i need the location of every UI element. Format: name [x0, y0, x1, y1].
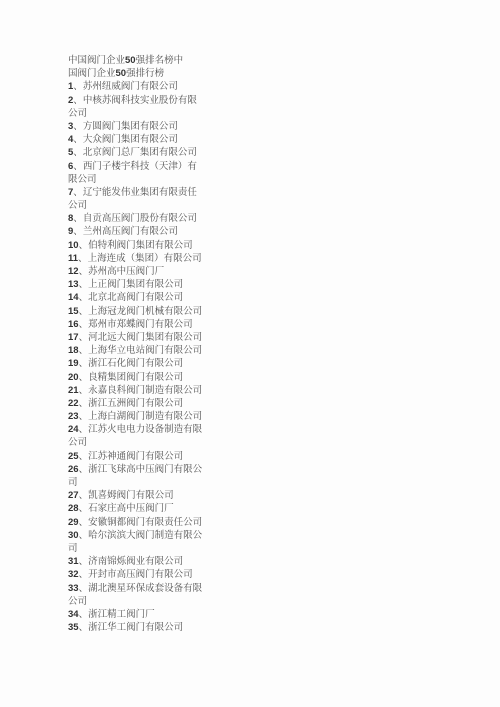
entry-rank-number: 34 — [68, 609, 79, 620]
ranking-entry: 31、济南锦烁阀业有限公司 — [68, 555, 202, 568]
entry-company-name: 方圆阀门集团有限公司 — [83, 121, 178, 132]
ranking-entry: 9、兰州高压阀门有限公司 — [68, 225, 202, 238]
title-text-segment: 中国阀门企业 — [68, 55, 125, 66]
ranking-entry-line: 33、湖北澳星环保成套设备有限 — [68, 582, 202, 595]
entry-company-name: 浙江华工阀门有限公司 — [88, 622, 183, 633]
entry-rank-number: 14 — [68, 292, 79, 303]
ranking-entry: 12、苏州高中压阀门厂 — [68, 265, 202, 278]
entry-rank-number: 35 — [68, 622, 79, 633]
entry-company-name: 浙江石化阀门有限公司 — [88, 358, 183, 369]
entry-company-name: 河北远大阀门集团有限公司 — [88, 332, 202, 343]
title-text-segment: 强排行榜 — [126, 68, 164, 79]
ranking-entry: 30、哈尔滨滨大阀门制造有限公司 — [68, 529, 202, 555]
entry-separator: 、 — [79, 306, 89, 317]
ranking-entry: 35、浙江华工阀门有限公司 — [68, 621, 202, 634]
entry-separator: 、 — [79, 490, 89, 501]
entry-separator: 、 — [79, 319, 89, 330]
ranking-entry-line: 10、伯特利阀门集团有限公司 — [68, 239, 202, 252]
ranking-entry: 13、上正阀门集团有限公司 — [68, 278, 202, 291]
ranking-entry: 14、北京北高阀门有限公司 — [68, 291, 202, 304]
entry-separator: 、 — [73, 187, 83, 198]
title-text-segment: 50 — [125, 55, 136, 66]
ranking-entry: 32、开封市高压阀门有限公司 — [68, 568, 202, 581]
ranking-entry-line: 25、江苏神通阀门有限公司 — [68, 450, 202, 463]
ranking-entry: 22、浙江五洲阀门有限公司 — [68, 397, 202, 410]
entry-separator: 、 — [79, 358, 89, 369]
document-title-line: 中国阀门企业50强排名榜中 — [68, 54, 202, 67]
ranking-entry: 17、河北远大阀门集团有限公司 — [68, 331, 202, 344]
ranking-entry: 7、辽宁能发伟业集团有限责任公司 — [68, 186, 202, 212]
ranking-entry: 18、上海华立电站阀门有限公司 — [68, 344, 202, 357]
ranking-entry-line: 8、自贡高压阀门股份有限公司 — [68, 212, 202, 225]
entry-rank-number: 10 — [68, 240, 79, 251]
entry-company-name: 上海华立电站阀门有限公司 — [88, 345, 202, 356]
ranking-entry-line: 20、良精集团阀门有限公司 — [68, 371, 202, 384]
entry-rank-number: 24 — [68, 424, 79, 435]
ranking-entry-line: 30、哈尔滨滨大阀门制造有限公 — [68, 529, 202, 542]
ranking-entry-line: 22、浙江五洲阀门有限公司 — [68, 397, 202, 410]
document-page: 中国阀门企业50强排名榜中国阀门企业50强排行榜 1、苏州纽威阀门有限公司2、中… — [0, 0, 500, 707]
entry-rank-number: 28 — [68, 503, 79, 514]
entry-separator: 、 — [79, 583, 89, 594]
entry-rank-number: 12 — [68, 266, 79, 277]
document-title: 中国阀门企业50强排名榜中国阀门企业50强排行榜 — [68, 54, 202, 80]
entry-company-name: 上海白湖阀门制造有限公司 — [88, 411, 202, 422]
ranking-entry-line: 4、大众阀门集团有限公司 — [68, 133, 202, 146]
ranking-entry-line-continuation: 限公司 — [68, 173, 202, 186]
entry-separator: 、 — [79, 411, 89, 422]
entry-rank-number: 15 — [68, 306, 79, 317]
ranking-entry: 23、上海白湖阀门制造有限公司 — [68, 410, 202, 423]
entry-separator: 、 — [73, 95, 83, 106]
ranking-entry-line-continuation: 公司 — [68, 595, 202, 608]
ranking-entry: 8、自贡高压阀门股份有限公司 — [68, 212, 202, 225]
entry-rank-number: 32 — [68, 569, 79, 580]
ranking-entry: 33、湖北澳星环保成套设备有限公司 — [68, 582, 202, 608]
entry-rank-number: 25 — [68, 451, 79, 462]
ranking-entry: 5、北京阀门总厂集团有限公司 — [68, 146, 202, 159]
ranking-entry-line: 29、安徽铜都阀门有限责任公司 — [68, 516, 202, 529]
entry-rank-number: 31 — [68, 556, 79, 567]
ranking-entry-line: 11、上海连成（集团）有限公司 — [68, 252, 202, 265]
ranking-entry-line-continuation: 公司 — [68, 199, 202, 212]
ranking-entry-line: 13、上正阀门集团有限公司 — [68, 278, 202, 291]
ranking-entry-line: 6、西门子楼宇科技（天津）有 — [68, 160, 202, 173]
entry-separator: 、 — [78, 253, 88, 264]
ranking-entry-line: 7、辽宁能发伟业集团有限责任 — [68, 186, 202, 199]
entry-rank-number: 21 — [68, 385, 79, 396]
ranking-entry: 10、伯特利阀门集团有限公司 — [68, 239, 202, 252]
entry-separator: 、 — [79, 332, 89, 343]
ranking-entry-line-continuation: 司 — [68, 476, 202, 489]
ranking-entry-line: 15、上海冠龙阀门机械有限公司 — [68, 305, 202, 318]
entry-separator: 、 — [79, 517, 89, 528]
ranking-entry: 6、西门子楼宇科技（天津）有限公司 — [68, 160, 202, 186]
entry-company-name: 江苏火电电力设备制造有限 — [88, 424, 202, 435]
title-text-segment: 50 — [116, 68, 127, 79]
entry-company-name: 上正阀门集团有限公司 — [88, 279, 183, 290]
entry-separator: 、 — [79, 292, 89, 303]
ranking-entry-line: 24、江苏火电电力设备制造有限 — [68, 423, 202, 436]
title-text-segment: 国阀门企业 — [68, 68, 116, 79]
entry-separator: 、 — [73, 81, 83, 92]
text-column: 中国阀门企业50强排名榜中国阀门企业50强排行榜 1、苏州纽威阀门有限公司2、中… — [68, 54, 202, 634]
entry-company-name: 自贡高压阀门股份有限公司 — [83, 213, 197, 224]
ranking-entry-line: 35、浙江华工阀门有限公司 — [68, 621, 202, 634]
entry-company-name: 中核苏阀科技实业股份有限 — [83, 95, 197, 106]
ranking-entry-line: 28、石家庄高中压阀门厂 — [68, 502, 202, 515]
entry-company-name: 安徽铜都阀门有限责任公司 — [88, 517, 202, 528]
entry-separator: 、 — [73, 121, 83, 132]
ranking-entry-line: 9、兰州高压阀门有限公司 — [68, 225, 202, 238]
entry-rank-number: 13 — [68, 279, 79, 290]
ranking-entry: 3、方圆阀门集团有限公司 — [68, 120, 202, 133]
entry-separator: 、 — [79, 385, 89, 396]
ranking-entry: 11、上海连成（集团）有限公司 — [68, 252, 202, 265]
entry-separator: 、 — [73, 134, 83, 145]
ranking-entry-line: 31、济南锦烁阀业有限公司 — [68, 555, 202, 568]
entry-company-name: 浙江五洲阀门有限公司 — [88, 398, 183, 409]
ranking-entry: 4、大众阀门集团有限公司 — [68, 133, 202, 146]
ranking-entry: 2、中核苏阀科技实业股份有限公司 — [68, 94, 202, 120]
ranking-entry-line: 19、浙江石化阀门有限公司 — [68, 357, 202, 370]
ranking-entry-line-continuation: 公司 — [68, 436, 202, 449]
entry-company-name: 辽宁能发伟业集团有限责任 — [83, 187, 197, 198]
entry-rank-number: 18 — [68, 345, 79, 356]
ranking-entry: 24、江苏火电电力设备制造有限公司 — [68, 423, 202, 449]
ranking-entry-line: 34、浙江精工阀门厂 — [68, 608, 202, 621]
ranking-entry: 19、浙江石化阀门有限公司 — [68, 357, 202, 370]
ranking-entry-line: 32、开封市高压阀门有限公司 — [68, 568, 202, 581]
entry-separator: 、 — [73, 161, 83, 172]
ranking-entry: 27、凯喜姆阀门有限公司 — [68, 489, 202, 502]
entry-rank-number: 26 — [68, 464, 79, 475]
ranking-entry-line: 5、北京阀门总厂集团有限公司 — [68, 146, 202, 159]
ranking-entry-line: 26、浙江飞球高中压阀门有限公 — [68, 463, 202, 476]
ranking-entry-line: 21、永嘉良科阀门制造有限公司 — [68, 384, 202, 397]
entry-rank-number: 20 — [68, 372, 79, 383]
ranking-entry: 34、浙江精工阀门厂 — [68, 608, 202, 621]
entry-company-name: 上海连成（集团）有限公司 — [88, 253, 202, 264]
entry-separator: 、 — [79, 503, 89, 514]
entry-rank-number: 33 — [68, 583, 79, 594]
ranking-entry-line: 16、郑州市郑蝶阀门有限公司 — [68, 318, 202, 331]
entry-separator: 、 — [79, 279, 89, 290]
entry-company-name: 江苏神通阀门有限公司 — [88, 451, 183, 462]
entry-company-name: 兰州高压阀门有限公司 — [83, 226, 178, 237]
entry-separator: 、 — [73, 147, 83, 158]
entry-rank-number: 23 — [68, 411, 79, 422]
entry-company-name: 伯特利阀门集团有限公司 — [88, 240, 193, 251]
entry-company-name: 永嘉良科阀门制造有限公司 — [88, 385, 202, 396]
title-text-segment: 强排名榜中 — [136, 55, 184, 66]
ranking-entry: 25、江苏神通阀门有限公司 — [68, 450, 202, 463]
entry-company-name: 苏州高中压阀门厂 — [88, 266, 164, 277]
entry-separator: 、 — [73, 226, 83, 237]
ranking-entry-line: 14、北京北高阀门有限公司 — [68, 291, 202, 304]
entry-separator: 、 — [79, 266, 89, 277]
ranking-entry: 20、良精集团阀门有限公司 — [68, 371, 202, 384]
ranking-entry-line: 12、苏州高中压阀门厂 — [68, 265, 202, 278]
ranking-entry-line: 17、河北远大阀门集团有限公司 — [68, 331, 202, 344]
entry-separator: 、 — [73, 213, 83, 224]
entry-company-name: 凯喜姆阀门有限公司 — [88, 490, 174, 501]
entry-separator: 、 — [79, 398, 89, 409]
entry-separator: 、 — [79, 345, 89, 356]
document-title-line: 国阀门企业50强排行榜 — [68, 67, 202, 80]
ranking-entry-line: 1、苏州纽威阀门有限公司 — [68, 80, 202, 93]
ranking-entry: 28、石家庄高中压阀门厂 — [68, 502, 202, 515]
ranking-entry: 16、郑州市郑蝶阀门有限公司 — [68, 318, 202, 331]
entry-separator: 、 — [79, 240, 89, 251]
entry-company-name: 开封市高压阀门有限公司 — [88, 569, 193, 580]
entry-company-name: 北京阀门总厂集团有限公司 — [83, 147, 197, 158]
ranking-entry: 26、浙江飞球高中压阀门有限公司 — [68, 463, 202, 489]
entry-company-name: 北京北高阀门有限公司 — [88, 292, 183, 303]
ranking-entry-line: 18、上海华立电站阀门有限公司 — [68, 344, 202, 357]
ranking-entry: 21、永嘉良科阀门制造有限公司 — [68, 384, 202, 397]
entry-rank-number: 17 — [68, 332, 79, 343]
entry-separator: 、 — [79, 464, 89, 475]
entry-company-name: 苏州纽威阀门有限公司 — [83, 81, 178, 92]
entry-rank-number: 22 — [68, 398, 79, 409]
entry-company-name: 大众阀门集团有限公司 — [83, 134, 178, 145]
entry-separator: 、 — [79, 569, 89, 580]
ranking-entry: 29、安徽铜都阀门有限责任公司 — [68, 516, 202, 529]
ranking-entry-line: 3、方圆阀门集团有限公司 — [68, 120, 202, 133]
entry-rank-number: 29 — [68, 517, 79, 528]
ranking-entry-line-continuation: 司 — [68, 542, 202, 555]
entry-company-name: 郑州市郑蝶阀门有限公司 — [88, 319, 193, 330]
entry-rank-number: 16 — [68, 319, 79, 330]
entry-separator: 、 — [79, 530, 89, 541]
ranking-entry: 15、上海冠龙阀门机械有限公司 — [68, 305, 202, 318]
ranking-entry-line: 2、中核苏阀科技实业股份有限 — [68, 94, 202, 107]
entry-rank-number: 19 — [68, 358, 79, 369]
entry-company-name: 浙江飞球高中压阀门有限公 — [88, 464, 202, 475]
entry-company-name: 西门子楼宇科技（天津）有 — [83, 161, 197, 172]
entry-company-name: 哈尔滨滨大阀门制造有限公 — [88, 530, 202, 541]
ranking-entry: 1、苏州纽威阀门有限公司 — [68, 80, 202, 93]
entry-separator: 、 — [79, 451, 89, 462]
entry-company-name: 浙江精工阀门厂 — [88, 609, 155, 620]
entry-separator: 、 — [79, 622, 89, 633]
entry-company-name: 上海冠龙阀门机械有限公司 — [88, 306, 202, 317]
entry-separator: 、 — [79, 556, 89, 567]
entry-rank-number: 27 — [68, 490, 79, 501]
ranking-entry-line: 27、凯喜姆阀门有限公司 — [68, 489, 202, 502]
ranking-list: 1、苏州纽威阀门有限公司2、中核苏阀科技实业股份有限公司3、方圆阀门集团有限公司… — [68, 80, 202, 634]
entry-company-name: 湖北澳星环保成套设备有限 — [88, 583, 202, 594]
entry-separator: 、 — [79, 609, 89, 620]
entry-company-name: 石家庄高中压阀门厂 — [88, 503, 174, 514]
entry-rank-number: 30 — [68, 530, 79, 541]
entry-company-name: 济南锦烁阀业有限公司 — [88, 556, 183, 567]
entry-separator: 、 — [79, 424, 89, 435]
ranking-entry-line: 23、上海白湖阀门制造有限公司 — [68, 410, 202, 423]
entry-company-name: 良精集团阀门有限公司 — [88, 372, 183, 383]
entry-rank-number: 11 — [68, 253, 78, 264]
entry-separator: 、 — [79, 372, 89, 383]
ranking-entry-line-continuation: 公司 — [68, 107, 202, 120]
